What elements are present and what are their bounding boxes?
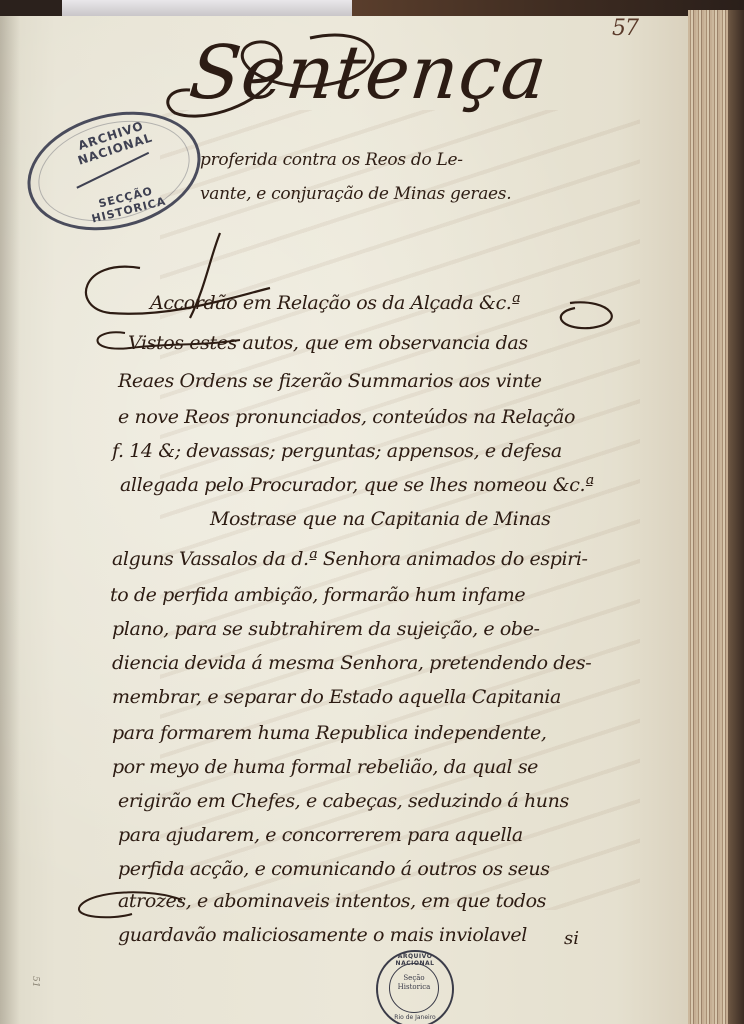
body-line: para formarem huma Republica independent…: [112, 722, 546, 744]
subtitle-line-1: proferida contra os Reos do Le-: [200, 150, 463, 170]
round-stamp-bottom-text: Rio de Janeiro: [378, 1014, 452, 1021]
body-line: por meyo de huma formal rebelião, da qua…: [112, 756, 538, 778]
round-stamp-center-line-1: Seção: [389, 974, 439, 983]
body-line: Accordão em Relação os da Alçada &c.ª: [150, 292, 520, 314]
page-left-shadow: [0, 16, 20, 1024]
document-title: Sentença: [185, 30, 551, 116]
body-line: allegada pelo Procurador, que se lhes no…: [120, 474, 594, 496]
subtitle-line-2: vante, e conjuração de Minas geraes.: [200, 184, 511, 204]
book-page-edges: [688, 10, 728, 1024]
margin-pencil-note: 51: [30, 976, 40, 987]
body-line: alguns Vassalos da d.ª Senhora animados …: [112, 548, 588, 570]
catchword: si: [564, 928, 579, 949]
body-line: to de perfida ambição, formarão hum infa…: [110, 584, 525, 606]
arquivo-nacional-round-stamp: ARQUIVO NACIONAL Seção Historica Rio de …: [376, 950, 454, 1024]
top-binding-cover: [352, 0, 744, 16]
body-line: erigirão em Chefes, e cabeças, seduzindo…: [118, 790, 569, 812]
body-line: Reaes Ordens se fizerão Summarios aos vi…: [118, 370, 542, 392]
body-line: Vistos estes autos, que em observancia d…: [128, 332, 528, 354]
body-line: para ajudarem, e concorrerem para aquell…: [118, 824, 523, 846]
body-line: membrar, e separar do Estado aquella Cap…: [112, 686, 561, 708]
body-line: plano, para se subtrahirem da sujeição, …: [112, 618, 540, 640]
body-line: Mostrase que na Capitania de Minas: [210, 508, 550, 530]
body-line: diencia devida á mesma Senhora, pretende…: [112, 652, 591, 674]
body-line: f. 14 &; devassas; perguntas; appensos, …: [112, 440, 562, 462]
top-backing-sheet: [62, 0, 352, 16]
body-line: perfida acção, e comunicando á outros os…: [118, 858, 550, 880]
round-stamp-center-line-2: Historica: [389, 983, 439, 992]
folio-number: 57: [612, 16, 638, 41]
guardavao-flourish-icon: [72, 888, 192, 928]
book-binding: [728, 10, 744, 1024]
round-stamp-center-text: Seção Historica: [389, 974, 439, 992]
body-line: e nove Reos pronunciados, conteúdos na R…: [118, 406, 575, 428]
